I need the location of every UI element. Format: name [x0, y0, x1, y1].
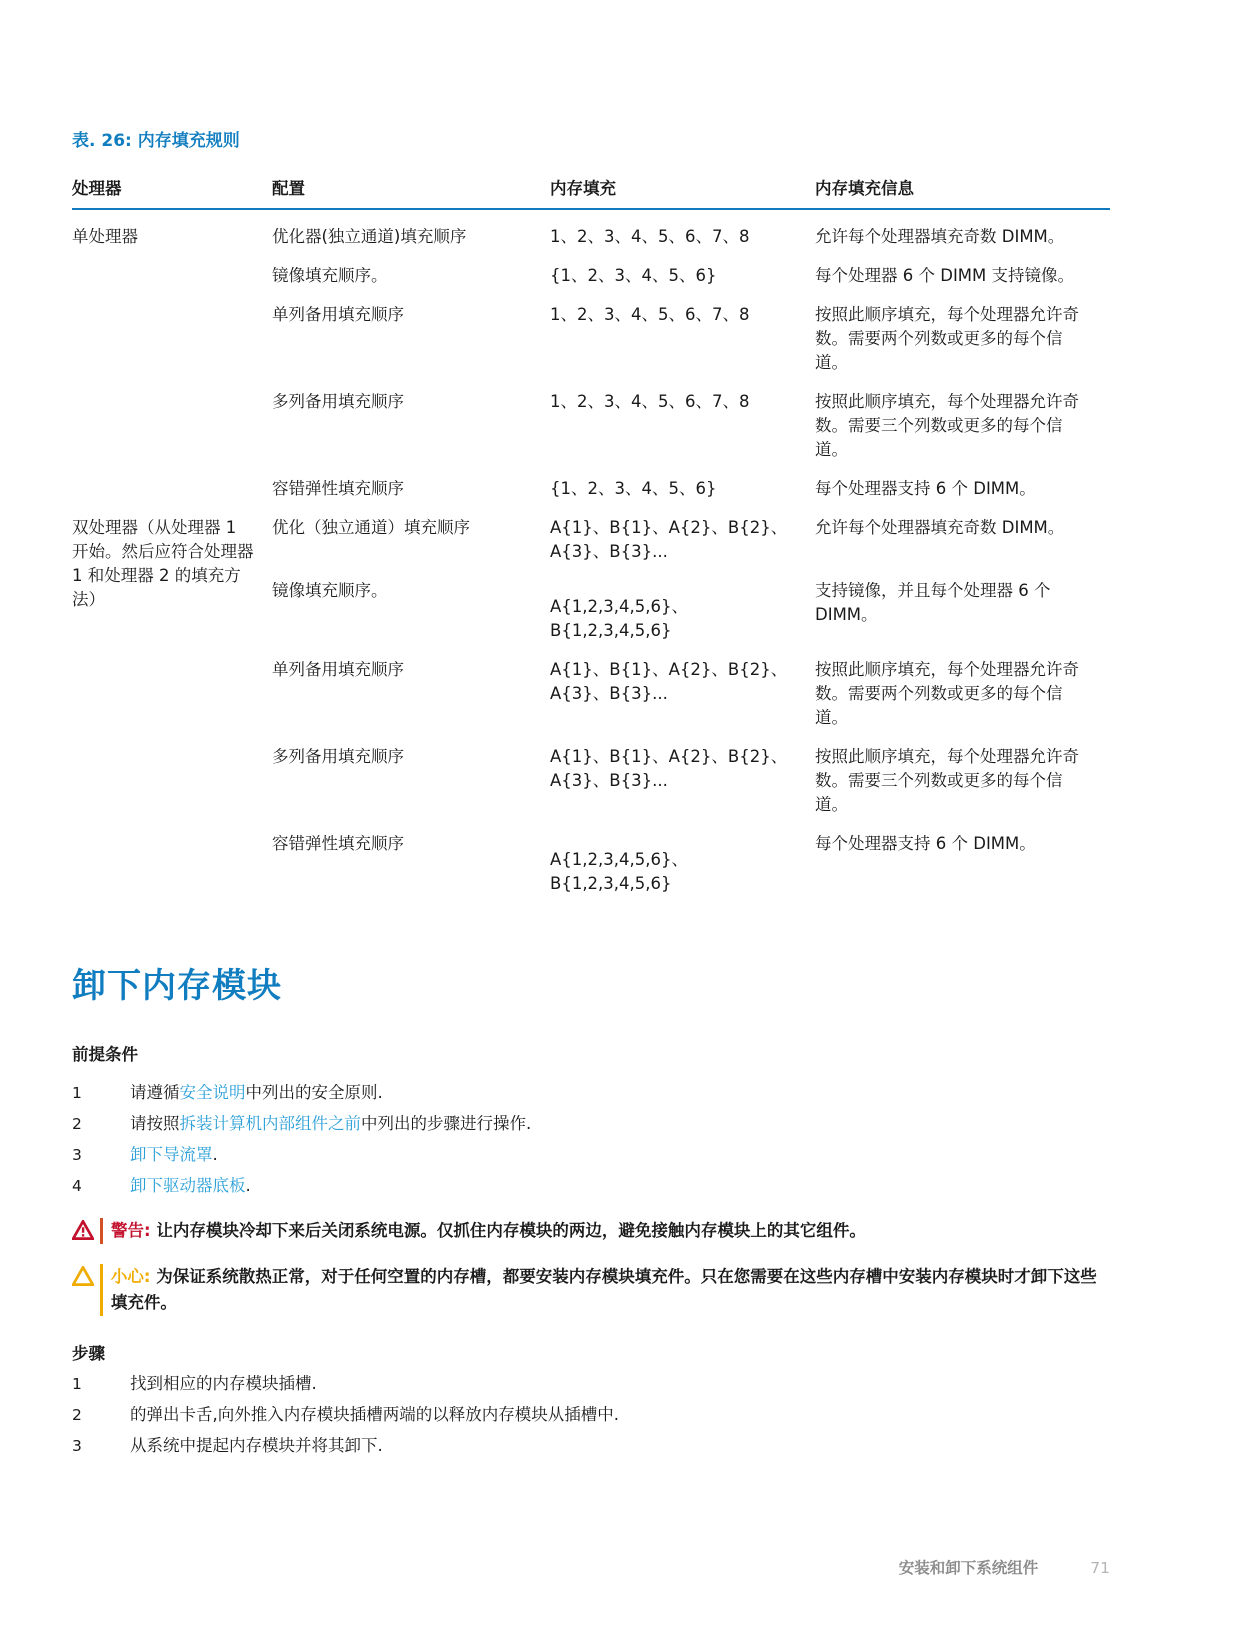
page-content: 表. 26: 内存填充规则 处理器 配置 内存填充 内存填充信息 单处理器 优化… — [0, 0, 1239, 1458]
config-cell: 优化器(独立通道)填充顺序 — [272, 225, 550, 249]
steps-heading: 步骤 — [72, 1340, 1110, 1364]
column-header-population: 内存填充 — [550, 175, 815, 199]
item-pre-text: 请遵循 — [130, 1083, 180, 1102]
info-cell: 每个处理器支持 6 个 DIMM。 — [815, 832, 1110, 896]
caution-admonition: 小心: 为保证系统散热正常，对于任何空置的内存槽，都要安装内存模块填充件。只在您… — [72, 1264, 1110, 1316]
column-header-processor: 处理器 — [72, 175, 272, 199]
population-cell: 1、2、3、4、5、6、7、8 — [550, 303, 815, 375]
page-footer: 安装和卸下系统组件 71 — [899, 1556, 1110, 1578]
warning-admonition: 警告: 让内存模块冷却下来后关闭系统电源。仅抓住内存模块的两边，避免接触内存模块… — [72, 1218, 1110, 1244]
item-text: 找到相应的内存模块插槽. — [130, 1372, 317, 1396]
remove-air-shroud-link[interactable]: 卸下导流罩 — [130, 1145, 213, 1164]
info-cell: 支持镜像，并且每个处理器 6 个 DIMM。 — [815, 579, 1110, 643]
table-row: 优化器(独立通道)填充顺序 1、2、3、4、5、6、7、8 允许每个处理器填充奇… — [272, 225, 1110, 249]
table-row: 容错弹性填充顺序 {1、2、3、4、5、6} 每个处理器支持 6 个 DIMM。 — [272, 477, 1110, 501]
config-cell: 优化（独立通道）填充顺序 — [272, 516, 550, 564]
population-cell: A{1,2,3,4,5,6}、 B{1,2,3,4,5,6} — [550, 579, 815, 643]
item-number: 2 — [72, 1112, 130, 1136]
page-title: 卸下内存模块 — [72, 958, 1110, 1007]
prerequisites-list: 1 请遵循安全说明中列出的安全原则. 2 请按照拆装计算机内部组件之前中列出的步… — [72, 1081, 1110, 1198]
info-cell: 按照此顺序填充，每个处理器允许奇数。需要两个列数或更多的每个信道。 — [815, 303, 1110, 375]
list-item: 1 请遵循安全说明中列出的安全原则. — [72, 1081, 1110, 1105]
list-item: 2 请按照拆装计算机内部组件之前中列出的步骤进行操作. — [72, 1112, 1110, 1136]
config-cell: 单列备用填充顺序 — [272, 658, 550, 730]
info-cell: 按照此顺序填充，每个处理器允许奇数。需要两个列数或更多的每个信道。 — [815, 658, 1110, 730]
warning-bar — [100, 1218, 103, 1244]
table-header-row: 处理器 配置 内存填充 内存填充信息 — [72, 175, 1110, 210]
processor-cell: 单处理器 — [72, 225, 272, 501]
item-number: 4 — [72, 1174, 130, 1198]
warning-triangle-icon — [72, 1218, 96, 1244]
item-number: 1 — [72, 1081, 130, 1105]
before-working-inside-link[interactable]: 拆装计算机内部组件之前 — [180, 1114, 362, 1133]
info-cell: 允许每个处理器填充奇数 DIMM。 — [815, 516, 1110, 564]
prerequisites-heading: 前提条件 — [72, 1041, 1110, 1065]
item-text: 请按照拆装计算机内部组件之前中列出的步骤进行操作. — [130, 1112, 531, 1136]
config-cell: 单列备用填充顺序 — [272, 303, 550, 375]
list-item: 2 的弹出卡舌,向外推入内存模块插槽两端的以释放内存模块从插槽中. — [72, 1403, 1110, 1427]
item-text: 的弹出卡舌,向外推入内存模块插槽两端的以释放内存模块从插槽中. — [130, 1403, 619, 1427]
info-cell: 按照此顺序填充，每个处理器允许奇数。需要三个列数或更多的每个信道。 — [815, 745, 1110, 817]
item-post-text: . — [246, 1176, 251, 1195]
population-cell: 1、2、3、4、5、6、7、8 — [550, 390, 815, 462]
group-rows: 优化（独立通道）填充顺序 A{1}、B{1}、A{2}、B{2}、 A{3}、B… — [272, 516, 1110, 896]
item-number: 3 — [72, 1434, 130, 1458]
item-pre-text: 请按照 — [130, 1114, 180, 1133]
config-cell: 多列备用填充顺序 — [272, 745, 550, 817]
warning-text-block: 警告: 让内存模块冷却下来后关闭系统电源。仅抓住内存模块的两边，避免接触内存模块… — [111, 1218, 866, 1244]
item-post-text: 中列出的安全原则. — [246, 1083, 383, 1102]
table-row: 优化（独立通道）填充顺序 A{1}、B{1}、A{2}、B{2}、 A{3}、B… — [272, 516, 1110, 564]
population-cell: A{1}、B{1}、A{2}、B{2}、 A{3}、B{3}... — [550, 658, 815, 730]
table-group-single-processor: 单处理器 优化器(独立通道)填充顺序 1、2、3、4、5、6、7、8 允许每个处… — [72, 225, 1110, 501]
table-row: 单列备用填充顺序 1、2、3、4、5、6、7、8 按照此顺序填充，每个处理器允许… — [272, 303, 1110, 375]
item-text: 卸下导流罩. — [130, 1143, 218, 1167]
caution-label: 小心: — [111, 1267, 151, 1286]
list-item: 3 从系统中提起内存模块并将其卸下. — [72, 1434, 1110, 1458]
table-row: 多列备用填充顺序 1、2、3、4、5、6、7、8 按照此顺序填充，每个处理器允许… — [272, 390, 1110, 462]
info-cell: 允许每个处理器填充奇数 DIMM。 — [815, 225, 1110, 249]
steps-list: 1 找到相应的内存模块插槽. 2 的弹出卡舌,向外推入内存模块插槽两端的以释放内… — [72, 1372, 1110, 1458]
population-cell: {1、2、3、4、5、6} — [550, 264, 815, 288]
item-number: 2 — [72, 1403, 130, 1427]
caution-text-block: 小心: 为保证系统散热正常，对于任何空置的内存槽，都要安装内存模块填充件。只在您… — [111, 1264, 1110, 1316]
page-number: 71 — [1090, 1559, 1110, 1577]
caution-bar — [100, 1264, 103, 1316]
caution-text: 为保证系统散热正常，对于任何空置的内存槽，都要安装内存模块填充件。只在您需要在这… — [111, 1267, 1097, 1312]
config-cell: 镜像填充顺序。 — [272, 264, 550, 288]
item-post-text: . — [213, 1145, 218, 1164]
item-text: 请遵循安全说明中列出的安全原则. — [130, 1081, 383, 1105]
group-rows: 优化器(独立通道)填充顺序 1、2、3、4、5、6、7、8 允许每个处理器填充奇… — [272, 225, 1110, 501]
list-item: 3 卸下导流罩. — [72, 1143, 1110, 1167]
population-cell: A{1,2,3,4,5,6}、 B{1,2,3,4,5,6} — [550, 832, 815, 896]
column-header-config: 配置 — [272, 175, 550, 199]
footer-section-title: 安装和卸下系统组件 — [899, 1556, 1039, 1578]
config-cell: 容错弹性填充顺序 — [272, 832, 550, 896]
config-cell: 多列备用填充顺序 — [272, 390, 550, 462]
table-row: 多列备用填充顺序 A{1}、B{1}、A{2}、B{2}、 A{3}、B{3}.… — [272, 745, 1110, 817]
list-item: 1 找到相应的内存模块插槽. — [72, 1372, 1110, 1396]
info-cell: 每个处理器支持 6 个 DIMM。 — [815, 477, 1110, 501]
item-number: 3 — [72, 1143, 130, 1167]
item-text: 卸下驱动器底板. — [130, 1174, 251, 1198]
warning-label: 警告: — [111, 1221, 151, 1240]
warning-text: 让内存模块冷却下来后关闭系统电源。仅抓住内存模块的两边，避免接触内存模块上的其它… — [156, 1221, 866, 1240]
table-group-dual-processor: 双处理器（从处理器 1 开始。然后应符合处理器 1 和处理器 2 的填充方法） … — [72, 516, 1110, 896]
config-cell: 容错弹性填充顺序 — [272, 477, 550, 501]
info-cell: 按照此顺序填充，每个处理器允许奇数。需要三个列数或更多的每个信道。 — [815, 390, 1110, 462]
list-item: 4 卸下驱动器底板. — [72, 1174, 1110, 1198]
table-row: 镜像填充顺序。 {1、2、3、4、5、6} 每个处理器 6 个 DIMM 支持镜… — [272, 264, 1110, 288]
population-cell: A{1}、B{1}、A{2}、B{2}、 A{3}、B{3}... — [550, 516, 815, 564]
table-row: 容错弹性填充顺序 A{1,2,3,4,5,6}、 B{1,2,3,4,5,6} … — [272, 832, 1110, 896]
info-cell: 每个处理器 6 个 DIMM 支持镜像。 — [815, 264, 1110, 288]
table-title: 表. 26: 内存填充规则 — [72, 126, 1110, 151]
item-text: 从系统中提起内存模块并将其卸下. — [130, 1434, 383, 1458]
item-post-text: 中列出的步骤进行操作. — [361, 1114, 531, 1133]
config-cell: 镜像填充顺序。 — [272, 579, 550, 643]
processor-cell: 双处理器（从处理器 1 开始。然后应符合处理器 1 和处理器 2 的填充方法） — [72, 516, 272, 896]
item-number: 1 — [72, 1372, 130, 1396]
caution-triangle-icon — [72, 1264, 96, 1290]
remove-drive-backplane-link[interactable]: 卸下驱动器底板 — [130, 1176, 246, 1195]
column-header-info: 内存填充信息 — [815, 175, 1110, 199]
population-cell: A{1}、B{1}、A{2}、B{2}、 A{3}、B{3}... — [550, 745, 815, 817]
population-cell: {1、2、3、4、5、6} — [550, 477, 815, 501]
safety-instructions-link[interactable]: 安全说明 — [180, 1083, 246, 1102]
population-cell: 1、2、3、4、5、6、7、8 — [550, 225, 815, 249]
table-row: 镜像填充顺序。 A{1,2,3,4,5,6}、 B{1,2,3,4,5,6} 支… — [272, 579, 1110, 643]
table-row: 单列备用填充顺序 A{1}、B{1}、A{2}、B{2}、 A{3}、B{3}.… — [272, 658, 1110, 730]
